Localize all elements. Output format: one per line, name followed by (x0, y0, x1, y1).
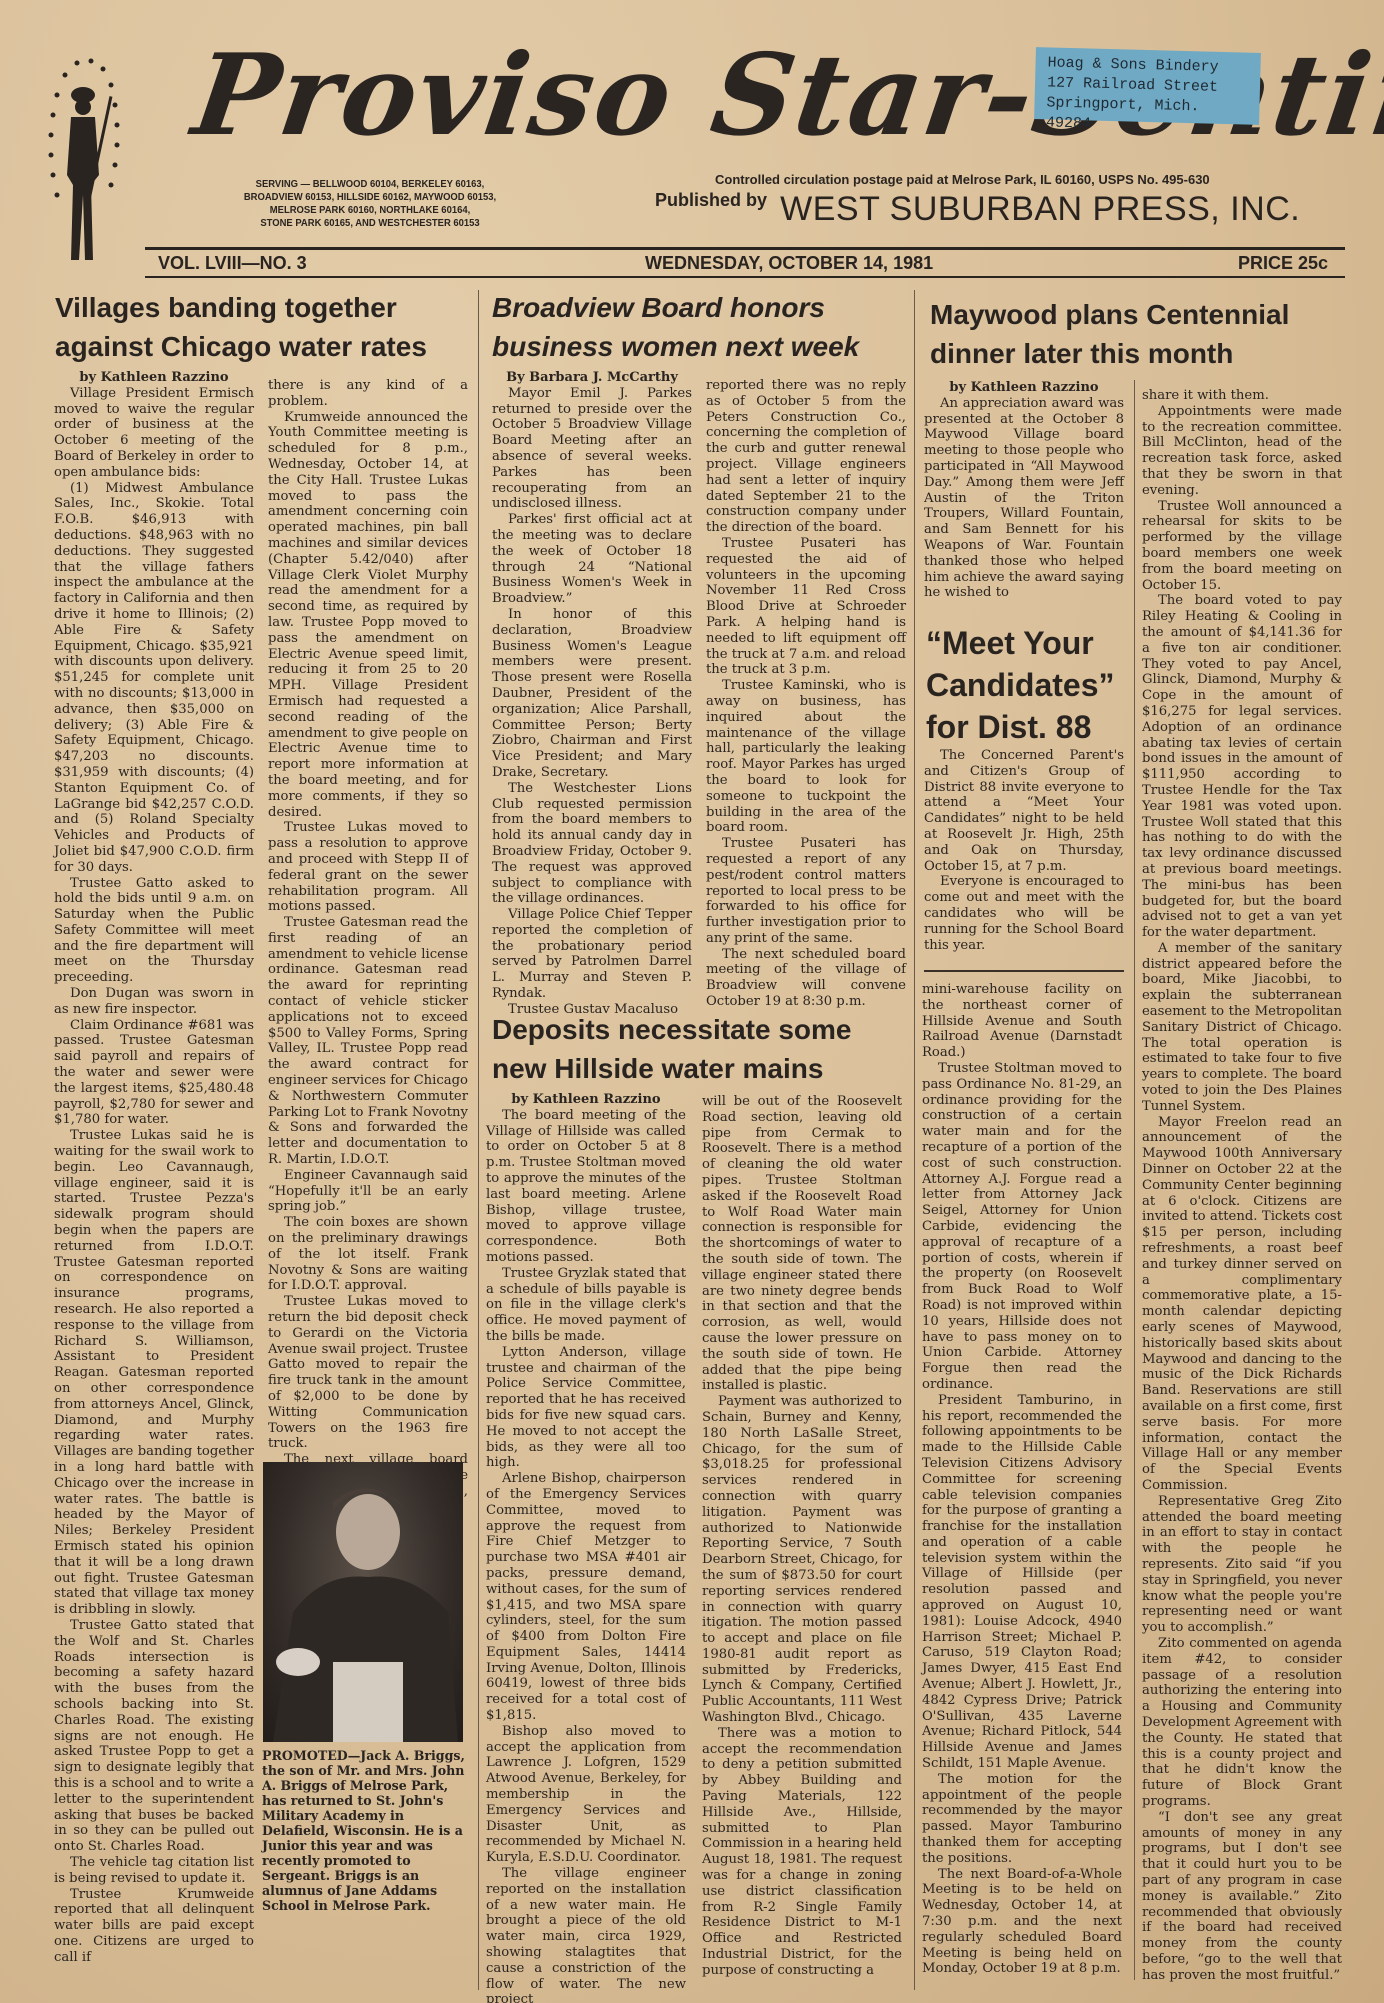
paragraph: Trustee Lukas moved to return the bid de… (268, 1294, 468, 1452)
headline-line: business women next week (492, 327, 912, 366)
paragraph: Trustee Gryzlak stated that a schedule o… (486, 1266, 686, 1345)
paragraph: Engineer Cavannaugh said “Hopefully it'l… (268, 1168, 468, 1215)
paragraph: Trustee Gatesman read the first reading … (268, 915, 468, 1168)
headline-line: Maywood plans Centennial (930, 295, 1360, 334)
paragraph: The next scheduled board meeting of the … (706, 947, 906, 1010)
headline-maywood: Maywood plans Centennial dinner later th… (930, 295, 1360, 373)
headline-line: against Chicago water rates (55, 327, 475, 366)
article-villages-col1: by Kathleen Razzino Village President Er… (54, 370, 254, 1965)
paragraph: Trustee Kaminski, who is away on busines… (706, 678, 906, 836)
headline-line: Candidates” (926, 664, 1136, 706)
paragraph: Appointments were made to the recreation… (1142, 404, 1342, 499)
serving-areas: SERVING — BELLWOOD 60104, BERKELEY 60163… (217, 178, 523, 230)
paragraph: There was a motion to accept the recomme… (702, 1726, 902, 1979)
column-divider (478, 290, 479, 1990)
article-broadview-col2: reported there was no reply as of Octobe… (706, 378, 906, 1010)
paragraph: reported there was no reply as of Octobe… (706, 378, 906, 536)
paragraph: Trustee Pusateri has requested a report … (706, 836, 906, 947)
paragraph: Trustee Lukas moved to pass a resolution… (268, 820, 468, 915)
serving-line: STONE PARK 60165, AND WESTCHESTER 60153 (217, 217, 523, 230)
paragraph: In honor of this declaration, Broadview … (492, 607, 692, 781)
serving-line: SERVING — BELLWOOD 60104, BERKELEY 60163… (217, 178, 523, 191)
paragraph: The village engineer reported on the ins… (486, 1866, 686, 2003)
byline: by Kathleen Razzino (924, 380, 1124, 396)
paragraph: Krumweide announced the Youth Committee … (268, 410, 468, 821)
postage-notice: Controlled circulation postage paid at M… (715, 172, 1210, 187)
headline-line: new Hillside water mains (492, 1049, 912, 1088)
divider (145, 276, 1345, 278)
paragraph: Parkes' first official act at the meetin… (492, 512, 692, 607)
paragraph: Village President Ermisch moved to waive… (54, 386, 254, 481)
paragraph: The coin boxes are shown on the prelimin… (268, 1215, 468, 1294)
headline-line: Deposits necessitate some (492, 1010, 912, 1049)
paragraph: The board meeting of the Village of Hill… (486, 1108, 686, 1266)
article-hillside-col3: mini-warehouse facility on the northeast… (922, 982, 1122, 1977)
byline: By Barbara J. McCarthy (492, 370, 692, 386)
photo-jack-briggs (263, 1462, 463, 1742)
headline-broadview: Broadview Board honors business women ne… (492, 288, 912, 366)
photo-caption: PROMOTED—Jack A. Briggs, the son of Mr. … (262, 1748, 467, 1913)
divider (145, 247, 1345, 250)
paragraph: Trustee Pusateri has requested the aid o… (706, 536, 906, 678)
paragraph: Zito commented on agenda item #42, to co… (1142, 1636, 1342, 1810)
minuteman-logo-icon (45, 55, 120, 270)
paragraph: The vehicle tag citation list is being r… (54, 1855, 254, 1887)
publisher-name: WEST SUBURBAN PRESS, INC. (780, 190, 1300, 228)
paragraph: Trustee Woll announced a rehearsal for s… (1142, 499, 1342, 594)
article-maywood-col2: share it with them. Appointments were ma… (1142, 388, 1342, 1983)
paragraph: there is any kind of a problem. (268, 378, 468, 410)
column-divider (914, 290, 915, 1990)
paragraph: Lytton Anderson, village trustee and cha… (486, 1345, 686, 1471)
paragraph: Trustee Gatto asked to hold the bids unt… (54, 876, 254, 987)
paragraph: Claim Ordinance #681 was passed. Trustee… (54, 1018, 254, 1129)
byline: by Kathleen Razzino (54, 370, 254, 386)
byline: by Kathleen Razzino (486, 1092, 686, 1108)
headline-line: for Dist. 88 (926, 706, 1136, 748)
issue-date: WEDNESDAY, OCTOBER 14, 1981 (645, 253, 933, 274)
paragraph: Don Dugan was sworn in as new fire inspe… (54, 986, 254, 1018)
article-candidates: The Concerned Parent's and Citizen's Gro… (924, 748, 1124, 953)
paragraph: The Concerned Parent's and Citizen's Gro… (924, 748, 1124, 874)
paragraph: A member of the sanitary district appear… (1142, 941, 1342, 1115)
paragraph: Arlene Bishop, chairperson of the Emerge… (486, 1471, 686, 1724)
published-by: Published by (655, 190, 767, 210)
headline-villages: Villages banding together against Chicag… (55, 288, 475, 366)
headline-line: Broadview Board honors (492, 288, 912, 327)
column-divider (1134, 380, 1135, 1980)
paragraph: Trustee Gatto stated that the Wolf and S… (54, 1618, 254, 1855)
paragraph: Trustee Lukas said he is waiting for the… (54, 1128, 254, 1618)
paragraph: Mayor Emil J. Parkes returned to preside… (492, 386, 692, 512)
label-line: Springport, Mich. 49284 (1046, 93, 1248, 138)
paragraph: Everyone is encouraged to come out and m… (924, 874, 1124, 953)
serving-line: BROADVIEW 60153, HILLSIDE 60162, MAYWOOD… (217, 191, 523, 204)
paragraph: mini-warehouse facility on the northeast… (922, 982, 1122, 1061)
headline-line: dinner later this month (930, 334, 1360, 373)
portrait-image-icon (263, 1462, 463, 1742)
headline-line: Villages banding together (55, 288, 475, 327)
paragraph: Payment was authorized to Schain, Burney… (702, 1394, 902, 1726)
serving-line: MELROSE PARK 60160, NORTHLAKE 60164, (217, 204, 523, 217)
volume-number: VOL. LVIII—NO. 3 (158, 253, 307, 274)
article-broadview-col1: By Barbara J. McCarthy Mayor Emil J. Par… (492, 370, 692, 1018)
paragraph: will be out of the Roosevelt Road sectio… (702, 1094, 902, 1394)
headline-hillside: Deposits necessitate some new Hillside w… (492, 1010, 912, 1088)
paragraph: An appreciation award was presented at t… (924, 396, 1124, 601)
price: PRICE 25c (1238, 253, 1328, 274)
section-divider (924, 970, 1124, 972)
paragraph: Village Police Chief Tepper reported the… (492, 907, 692, 1002)
paragraph: The next Board-of-a-Whole Meeting is to … (922, 1867, 1122, 1978)
paragraph: The board voted to pay Riley Heating & C… (1142, 593, 1342, 941)
masthead: Proviso Star-Sentinel Hoag & Sons Binder… (0, 0, 1384, 280)
headline-line: “Meet Your (926, 622, 1136, 664)
article-hillside-col1: by Kathleen Razzino The board meeting of… (486, 1092, 686, 2003)
paragraph: Bishop also moved to accept the applicat… (486, 1724, 686, 1866)
paragraph: Representative Greg Zito attended the bo… (1142, 1494, 1342, 1636)
publisher-line: Published by WEST SUBURBAN PRESS, INC. (655, 190, 1300, 229)
paragraph: (1) Midwest Ambulance Sales, Inc., Skoki… (54, 481, 254, 876)
article-villages-col2: there is any kind of a problem. Krumweid… (268, 378, 468, 1515)
headline-candidates: “Meet Your Candidates” for Dist. 88 (926, 622, 1136, 748)
paragraph: “I don't see any great amounts of money … (1142, 1810, 1342, 1984)
article-hillside-col2: will be out of the Roosevelt Road sectio… (702, 1094, 902, 1979)
paragraph: Mayor Freelon read an announcement of th… (1142, 1115, 1342, 1494)
paragraph: The motion for the appointment of the pe… (922, 1772, 1122, 1867)
paragraph: Trustee Stoltman moved to pass Ordinance… (922, 1061, 1122, 1393)
paragraph: Trustee Krumweide reported that all deli… (54, 1887, 254, 1966)
mailing-label: Hoag & Sons Bindery 127 Railroad Street … (1034, 47, 1261, 125)
article-maywood-col1: by Kathleen Razzino An appreciation awar… (924, 380, 1124, 601)
paragraph: share it with them. (1142, 388, 1342, 404)
paragraph: President Tamburino, in his report, reco… (922, 1393, 1122, 1772)
paragraph: The Westchester Lions Club requested per… (492, 781, 692, 907)
